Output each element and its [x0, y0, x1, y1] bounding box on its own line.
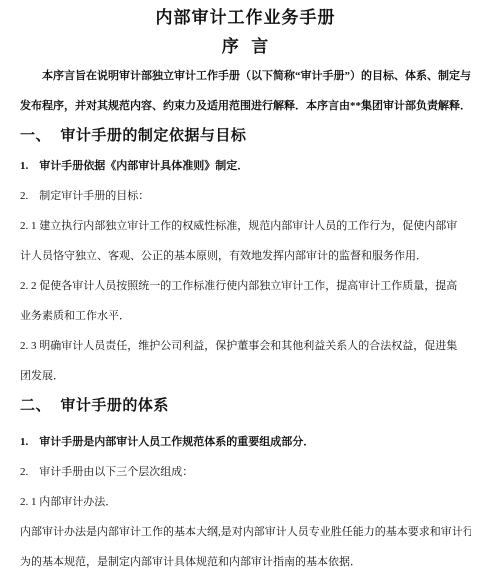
- section-heading-2: 二、 审计手册的体系: [20, 391, 471, 421]
- document-title: 内部审计工作业务手册: [20, 0, 471, 29]
- clause-2-3-line-1: 2. 3 明确审计人员责任，维护公司利益，保护董事会和其他利益关系人的合法权益，…: [20, 331, 471, 361]
- clause-2-2-line-1: 2. 2 促使各审计人员按照统一的工作标准行使内部独立审计工作，提高审计工作质量…: [20, 271, 471, 301]
- clause-2-1-body-line-2: 为的基本规范，是制定内部审计具体规范和内部审计指南的基本依据．: [20, 547, 471, 577]
- document-page: 内部审计工作业务手册 序 言 本序言旨在说明审计部独立审计工作手册（以下简称“审…: [0, 0, 489, 579]
- list-item-2-1: 1. 审计手册是内部审计人员工作规范体系的重要组成部分．: [20, 427, 471, 457]
- list-item-1-2: 2. 制定审计手册的目标：: [20, 181, 471, 211]
- list-item-1-1: 1. 审计手册依据《内部审计具体准则》制定．: [20, 151, 471, 181]
- clause-2-1-line-2: 计人员恪守独立、客观、公正的基本原则，有效地发挥内部审计的监督和服务作用．: [20, 241, 471, 271]
- document-subtitle: 序 言: [20, 36, 471, 58]
- clause-2-1-title: 2. 1 内部审计办法．: [20, 487, 471, 517]
- clause-2-1-line-1: 2. 1 建立执行内部独立审计工作的权威性标准，规范内部审计人员的工作行为，促使…: [20, 211, 471, 241]
- clause-2-2-line-2: 业务素质和工作水平．: [20, 301, 471, 331]
- preface-line-1: 本序言旨在说明审计部独立审计工作手册（以下简称“审计手册”）的目标、体系、制定与: [20, 61, 471, 91]
- section-heading-1: 一、 审计手册的制定依据与目标: [20, 121, 471, 151]
- clause-2-1-body-line-1: 内部审计办法是内部审计工作的基本大纲,是对内部审计人员专业胜任能力的基本要求和审…: [20, 517, 471, 547]
- clause-2-3-line-2: 团发展．: [20, 361, 471, 391]
- preface-line-2: 发布程序，并对其规范内容、约束力及适用范围进行解释．本序言由**集团审计部负责解…: [20, 91, 471, 121]
- list-item-2-2: 2. 审计手册由以下三个层次组成：: [20, 457, 471, 487]
